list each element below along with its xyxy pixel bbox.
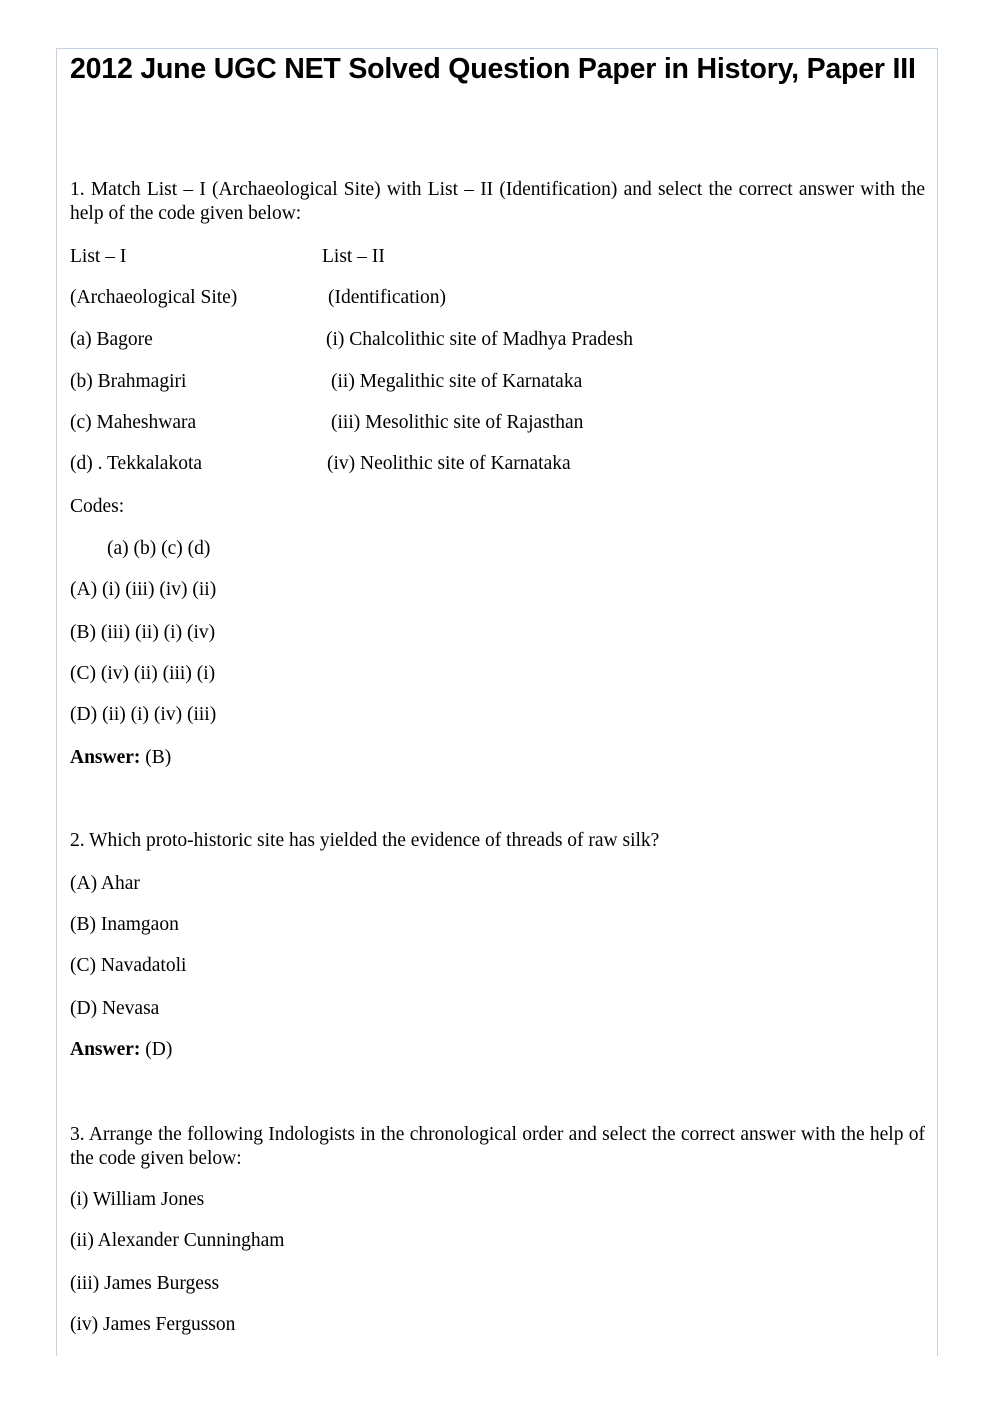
answer-value: (D): [145, 1039, 172, 1060]
list-item: (i) William Jones: [70, 1188, 204, 1212]
answer-line: Answer: (B): [70, 746, 171, 770]
codes-header: (a) (b) (c) (d): [107, 537, 210, 561]
list-item: (iii) James Burgess: [70, 1272, 219, 1296]
list-item: (iv) James Fergusson: [70, 1313, 235, 1337]
answer-value: (B): [145, 747, 171, 768]
option-a: (A) (i) (iii) (iv) (ii): [70, 578, 216, 602]
page-title: 2012 June UGC NET Solved Question Paper …: [70, 52, 930, 87]
list1-item: (c) Maheshwara: [70, 411, 196, 435]
question-2-text: 2. Which proto-historic site has yielded…: [70, 829, 659, 853]
list2-item: (i) Chalcolithic site of Madhya Pradesh: [326, 328, 633, 352]
question-1-text: 1. Match List – I (Archaeological Site) …: [70, 178, 925, 226]
list1-item: (b) Brahmagiri: [70, 370, 186, 394]
list2-header: List – II: [322, 245, 385, 269]
list2-item: (ii) Megalithic site of Karnataka: [331, 370, 582, 394]
list2-subheader: (Identification): [328, 286, 446, 310]
codes-label: Codes:: [70, 495, 124, 519]
answer-label: Answer:: [70, 1039, 140, 1060]
option-b: (B) (iii) (ii) (i) (iv): [70, 621, 215, 645]
option-d: (D) Nevasa: [70, 997, 159, 1021]
option-b: (B) Inamgaon: [70, 913, 179, 937]
list1-item: (a) Bagore: [70, 328, 153, 352]
option-c: (C) Navadatoli: [70, 954, 186, 978]
question-3-text: 3. Arrange the following Indologists in …: [70, 1123, 925, 1171]
list1-subheader: (Archaeological Site): [70, 286, 237, 310]
list2-item: (iii) Mesolithic site of Rajasthan: [331, 411, 583, 435]
list1-item: (d) . Tekkalakota: [70, 452, 202, 476]
list1-header: List – I: [70, 245, 126, 269]
list-item: (ii) Alexander Cunningham: [70, 1229, 284, 1253]
answer-line: Answer: (D): [70, 1038, 172, 1062]
option-c: (C) (iv) (ii) (iii) (i): [70, 662, 215, 686]
list2-item: (iv) Neolithic site of Karnataka: [327, 452, 571, 476]
option-a: (A) Ahar: [70, 872, 140, 896]
option-d: (D) (ii) (i) (iv) (iii): [70, 703, 216, 727]
answer-label: Answer:: [70, 747, 140, 768]
